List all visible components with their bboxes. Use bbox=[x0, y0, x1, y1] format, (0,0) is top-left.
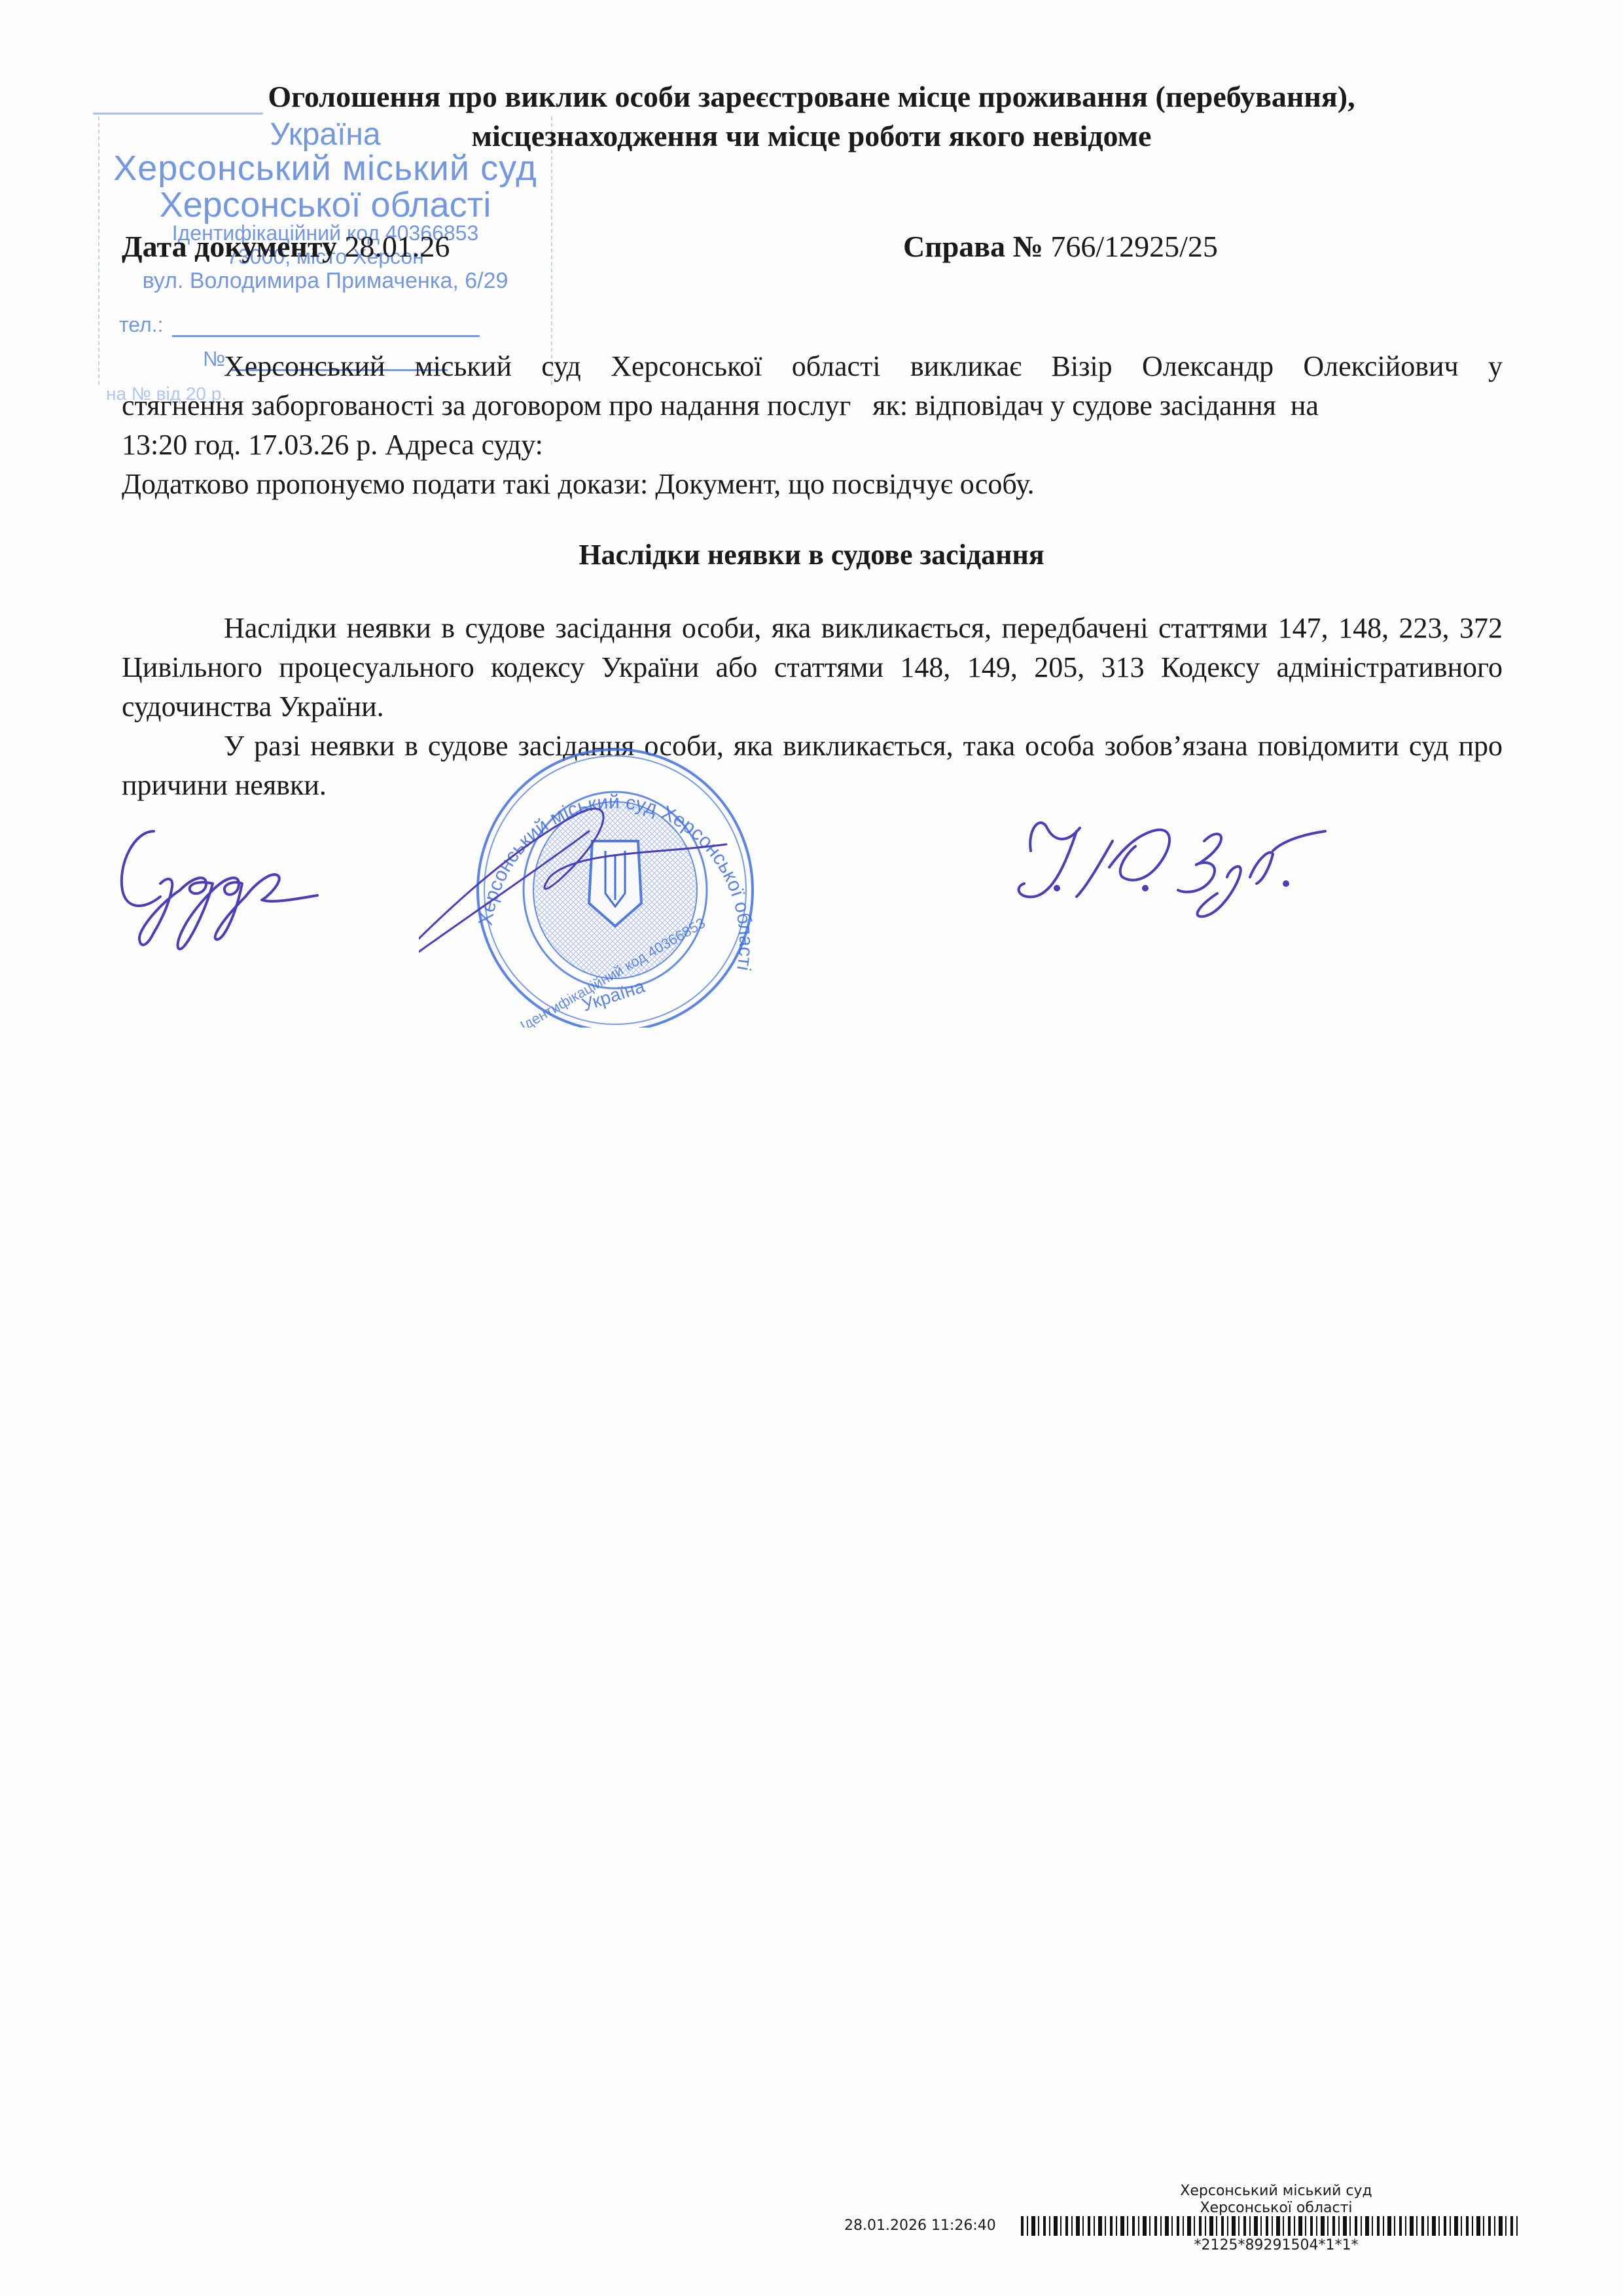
barcode bbox=[1021, 2216, 1518, 2236]
stamp-phone-label: тел.: bbox=[119, 313, 163, 336]
round-seal: Херсонський міський суд Херсонської обла… bbox=[419, 726, 759, 1028]
summons-paragraph: Херсонський міський суд Херсонської обла… bbox=[122, 347, 1503, 465]
barcode-code: *2125*89291504*1*1* bbox=[1113, 2237, 1440, 2253]
date-label: Дата документу bbox=[122, 230, 337, 263]
case-number: Справа № 766/12925/25 bbox=[903, 229, 1218, 264]
summons-line-3: 13:20 год. 17.03.26 р. Адреса суду: bbox=[122, 425, 1503, 465]
footer-timestamp: 28.01.2026 11:26:40 bbox=[844, 2217, 996, 2234]
footer-court-name: Херсонський міський суд bbox=[1113, 2183, 1440, 2200]
consequences-paragraph: Наслідки неявки в судове засідання особи… bbox=[122, 609, 1503, 726]
document-title-line2: місцезнаходження чи місце роботи якого н… bbox=[0, 117, 1623, 156]
footer-court-region: Херсонської області bbox=[1113, 2200, 1440, 2217]
evidence-note: Додатково пропонуємо подати такі докази:… bbox=[122, 465, 1503, 504]
document-title-line1: Оголошення про виклик особи зареєстрован… bbox=[0, 77, 1623, 117]
stamp-street: вул. Володимира Примаченка, 6/29 bbox=[99, 268, 551, 294]
signature-right bbox=[995, 802, 1335, 946]
section-heading: Наслідки неявки в судове засідання bbox=[0, 538, 1623, 571]
case-value: 766/12925/25 bbox=[1050, 230, 1218, 263]
summons-line-2: стягнення заборгованості за договором пр… bbox=[122, 386, 1503, 425]
stamp-region: Херсонської області bbox=[99, 185, 551, 225]
document-date: Дата документу 28.01.26 bbox=[122, 229, 450, 264]
stamp-phone-line bbox=[172, 335, 480, 337]
case-label: Справа № bbox=[903, 230, 1043, 263]
signature-left bbox=[115, 818, 337, 975]
obligation-paragraph: У разі неявки в судове засідання особи, … bbox=[122, 726, 1503, 805]
summons-line-1: Херсонський міський суд Херсонської обла… bbox=[122, 347, 1503, 386]
stamp-phone-row: тел.: bbox=[119, 313, 571, 337]
date-value: 28.01.26 bbox=[344, 230, 450, 263]
